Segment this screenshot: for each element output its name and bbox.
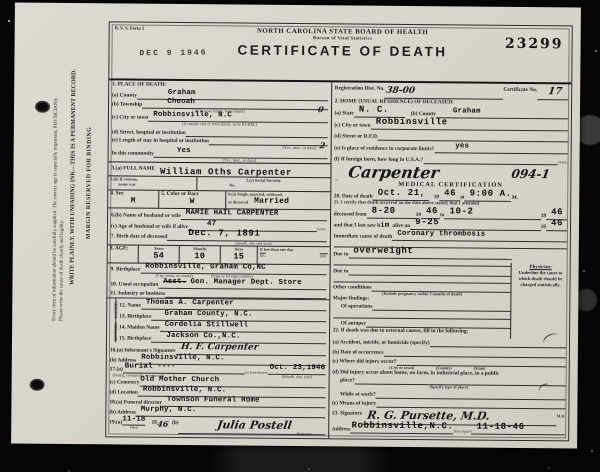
injury-place-label-2: place? [332, 378, 355, 384]
injury-where-label: (c) Where did injury occur? [332, 359, 396, 365]
scanned-death-certificate: Every item of information should be care… [0, 0, 600, 472]
city-value: Robbinsville, N.C [153, 111, 232, 120]
hole-punch-bottom [30, 379, 45, 391]
father-side-cell: FATHER: [107, 298, 116, 320]
informant-signature: H. F. Carpenter [180, 342, 259, 353]
handwritten-surname: Carpenter [347, 162, 440, 182]
veteran-label-2: name war [110, 182, 194, 188]
scan-noise [8, 20, 10, 22]
age-label: 8. AGE: [110, 246, 136, 252]
cause-detail-block: Physician: Underline the cause to which … [330, 247, 570, 329]
home-city-value: Robbinsville [376, 117, 448, 128]
hole-punch-top [35, 101, 50, 113]
community-handwritten-mark: 2 [319, 140, 326, 150]
handwritten-code: 094-1 [510, 166, 550, 180]
occupation-value: Gen. Manager Dept. Store [190, 278, 301, 287]
certificate-form: B. V. S. Form 5 DEC 9 1946 NORTH CAROLIN… [105, 21, 573, 441]
left-column: 1. PLACE OF DEATH: (a) County Graham (b)… [106, 80, 332, 438]
right-column: Registration Dist. No. 38-00 Certificate… [329, 82, 572, 440]
corporate-limits-value: yes [439, 142, 469, 150]
attended-from-value: 8-20 [372, 206, 396, 216]
received-date-stamp: DEC 9 1946 [139, 49, 207, 59]
other-conditions-label: Other conditions [333, 285, 372, 291]
due-to-1-label: Due to [333, 252, 348, 258]
certificate-title: CERTIFICATE OF DEATH [227, 42, 457, 59]
form-number: B. V. S. Form 5 [115, 25, 145, 30]
sex-cell: 4. Sex M [108, 190, 159, 207]
certificate-no-value: 17 [547, 86, 563, 97]
major-findings-group: Major findings: Of operations Of autopsy [330, 296, 515, 329]
injury-place-group: (d) Did injury occur about home, on farm… [329, 370, 569, 391]
margin-instructions: Every item of information should be care… [52, 97, 67, 321]
age-label-cell: 8. AGE: [108, 245, 139, 262]
operations-label: Of operations [333, 304, 373, 310]
city-handwritten-mark: 0 [317, 104, 324, 114]
physician-box-text: Underline the cause to which death shoul… [513, 270, 567, 289]
form-header: B. V. S. Form 5 DEC 9 1946 NORTH CAROLIN… [109, 22, 571, 84]
physician-address-row: Address Robbinsville,N.C. Date signed 11… [329, 421, 569, 435]
margin-binding-text: MARGIN RESERVED FOR BINDING [86, 127, 93, 239]
mother-side-label: MOTHER: [113, 322, 118, 342]
community-label: In this community [112, 151, 154, 157]
registration-district-value: 38-00 [386, 86, 416, 96]
community-value: Yes [159, 147, 191, 155]
due-to-1-row: Due to overweight [330, 247, 515, 260]
date-signed-label: Date signed [453, 430, 471, 435]
ssn-cell: 3.(c) Social Security No. [197, 177, 330, 191]
due-to-1-value: overweight [353, 246, 413, 257]
veteran-cell: 3.(b) If veteran, name war [108, 176, 197, 190]
dod-year-value: 46 [444, 188, 456, 198]
full-name-label: 3.(a) FULL NAME [111, 166, 155, 172]
certificate-no-label: Certificate No. [503, 87, 537, 93]
registrar-label: Registrar [106, 430, 328, 437]
operations-continuation [330, 310, 515, 320]
physician-signature: R. G. Pursette, M.D. [366, 408, 490, 422]
dod-time-value: 9:00 A. [470, 189, 512, 199]
last-saw-fill: im [380, 222, 389, 229]
filed-year-handwritten: 46 [156, 419, 169, 429]
mother-side-cell: MOTHER: [107, 320, 116, 342]
due-to-2-row: Due to [330, 265, 515, 277]
ssn-label-2: No. [199, 183, 328, 189]
immediate-cause-value: Coronary thrombosis [397, 230, 485, 239]
sex-value: M [110, 197, 156, 205]
registrar-signature: Julia Postell [216, 418, 292, 432]
father-side-label: FATHER: [113, 301, 118, 318]
date-signed-value: 11-18-46 [477, 422, 525, 432]
header-center: NORTH CAROLINA STATE BOARD OF HEALTH Bur… [227, 27, 457, 59]
birthdate-value: Dec. 7, 1891 [172, 228, 260, 239]
birthdate-label: 7. Birth date of deceased [111, 234, 168, 240]
autopsy-label: Of autopsy [333, 321, 366, 327]
funeral-address-value: Murphy, N.C. [141, 406, 197, 414]
autopsy-row: Of autopsy [330, 318, 515, 329]
filed-label: 19.(a) [109, 420, 122, 426]
city-label: (c) City or town [112, 115, 148, 121]
handwritten-surname-row: Carpenter 094-1 [331, 163, 571, 182]
margin-write-plainly-text: WRITE PLAINLY, WITH UNFADING INK—THIS IS… [69, 69, 77, 285]
physician-instruction-box: Physician: Underline the cause to which … [510, 263, 570, 340]
physician-address-label: Address [332, 427, 351, 433]
registration-district-label: Registration Dist. No. [335, 86, 385, 92]
certificate-serial-number: 23299 [505, 36, 564, 53]
occupation-struck-value: Asst. [163, 278, 186, 286]
pencil-scribble: ≈ [335, 178, 339, 184]
certificate-paper: Every item of information should be care… [11, 3, 581, 449]
due-to-2-label: Due to [333, 269, 348, 275]
township-label: (b) Township [112, 102, 142, 108]
date-of-death-value: Oct. 21, [378, 188, 426, 198]
